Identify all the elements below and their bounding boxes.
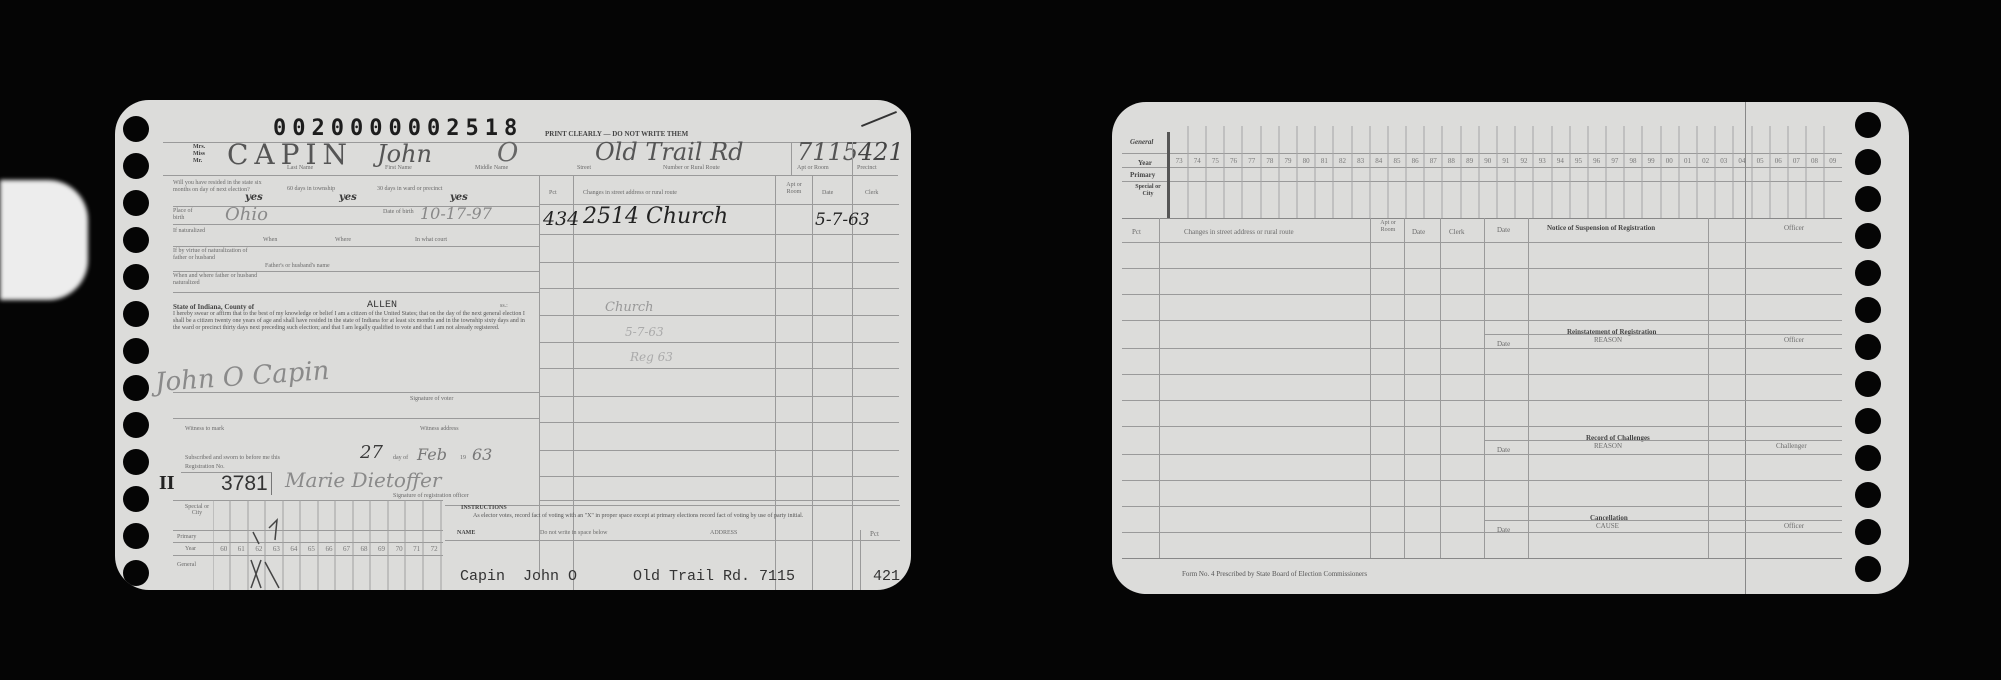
rule — [860, 530, 861, 590]
punch-hole — [123, 560, 149, 586]
punch-hole — [1855, 149, 1881, 175]
rule — [1122, 480, 1842, 481]
typed-address: Old Trail Rd. 7115 — [633, 568, 795, 585]
rule — [1708, 218, 1709, 558]
back-grid-label-general: General — [1130, 138, 1153, 146]
changes-header-address: Changes in street address or rural route — [583, 190, 677, 196]
rule — [539, 450, 899, 451]
faint-note: Reg 63 — [630, 350, 673, 364]
rule — [775, 176, 776, 590]
rule — [1122, 400, 1842, 401]
street-label: Street — [577, 165, 591, 171]
year-value: 63 — [472, 445, 492, 464]
punch-hole — [1855, 297, 1881, 323]
rule — [1122, 268, 1842, 269]
faint-note: Church — [605, 300, 654, 315]
subscribed-label: Subscribed and sworn to before me this — [185, 455, 280, 461]
pct-label: Pct — [870, 530, 879, 538]
rule — [1440, 218, 1441, 558]
change-row-pct: 434 — [543, 208, 579, 230]
punch-hole — [123, 264, 149, 290]
title-label-mrs: Mrs. — [193, 144, 205, 150]
faint-note: 5-7-63 — [625, 325, 664, 339]
scan-glare — [0, 180, 88, 300]
rule — [1122, 348, 1842, 349]
rule — [1159, 218, 1160, 558]
middle-name: O — [497, 138, 518, 168]
father-when-label: When and where father or husband natural… — [173, 273, 263, 287]
rule — [1122, 374, 1842, 375]
first-name-label: First Name — [385, 165, 412, 171]
rule — [791, 142, 792, 176]
year-prefix: 19 — [460, 455, 466, 461]
change-row-address: 2514 Church — [583, 204, 728, 229]
oath-county: ALLEN — [367, 300, 397, 311]
punch-hole — [1855, 223, 1881, 249]
change-row-date: 5-7-63 — [815, 210, 870, 230]
punch-hole — [1855, 260, 1881, 286]
punch-hole — [1855, 371, 1881, 397]
form-footer: Form No. 4 Prescribed by State Board of … — [1182, 570, 1367, 578]
punch-holes-right — [1855, 102, 1895, 594]
rule — [539, 288, 899, 289]
punch-hole — [1855, 334, 1881, 360]
street: Old Trail Rd — [595, 138, 744, 166]
day-value: 27 — [360, 442, 383, 463]
rule — [852, 176, 853, 590]
oath-state-line: State of Indiana, County of — [173, 303, 254, 311]
registration-label: Registration No. — [185, 464, 225, 470]
signature-label: Signature of voter — [410, 396, 453, 402]
rule — [1122, 320, 1842, 321]
rule — [1122, 506, 1842, 507]
rule — [539, 315, 899, 316]
back-header-date: Date — [1412, 228, 1425, 236]
rule — [539, 500, 899, 501]
punch-hole — [1855, 186, 1881, 212]
check-mark — [861, 111, 897, 127]
changes-header-apt: Apt or Room — [779, 182, 809, 196]
punch-hole — [1855, 519, 1881, 545]
changes-header-clerk: Clerk — [865, 190, 878, 196]
punch-hole — [1855, 482, 1881, 508]
punch-hole — [123, 227, 149, 253]
punch-hole — [1855, 556, 1881, 582]
naturalized-label: If naturalized — [173, 228, 205, 234]
father-name-label: Father's or husband's name — [265, 263, 330, 269]
rule — [1370, 218, 1371, 558]
where-label: Where — [335, 237, 351, 243]
first-name: John — [377, 140, 432, 168]
typed-pct: 421 — [873, 568, 900, 585]
rule — [812, 176, 813, 590]
rule — [163, 175, 898, 176]
suspension-date-label: Date — [1497, 226, 1510, 234]
rule — [173, 246, 539, 247]
rule — [539, 342, 899, 343]
address-label: ADDRESS — [710, 530, 737, 536]
punch-hole — [123, 375, 149, 401]
changes-header-date: Date — [822, 190, 833, 196]
instructions-title: INSTRUCTIONS — [461, 505, 507, 511]
instructions-text: As elector votes, record fact of voting … — [473, 513, 868, 520]
back-header-clerk: Clerk — [1449, 228, 1465, 236]
typed-name: Capin John O — [460, 568, 577, 585]
rule — [173, 418, 539, 419]
punch-hole — [123, 412, 149, 438]
officer-label: Signature of registration officer — [393, 493, 469, 499]
place-of-birth-value: Ohio — [225, 204, 268, 225]
do-not-write-label: Do not write in space below — [540, 530, 607, 536]
header-notice: PRINT CLEARLY — DO NOT WRITE THEM — [545, 130, 688, 138]
precinct: 421 — [858, 138, 904, 166]
back-header-pct: Pct — [1132, 228, 1141, 236]
rule — [852, 142, 853, 176]
punch-hole — [1855, 445, 1881, 471]
rule — [1122, 532, 1842, 533]
challenges-reason-label: REASON — [1594, 442, 1622, 450]
rule — [1122, 294, 1842, 295]
punch-hole — [123, 301, 149, 327]
registration-card-front: 0020000002518 PRINT CLEARLY — DO NOT WRI… — [115, 100, 911, 590]
title-label-miss: Miss — [193, 151, 205, 157]
punch-hole — [123, 190, 149, 216]
challenges-date-label: Date — [1497, 446, 1510, 454]
apt-number: 7115 — [797, 138, 858, 166]
reinstatement-reason-label: REASON — [1594, 336, 1622, 344]
rule — [539, 396, 899, 397]
court-label: In what court — [415, 237, 447, 243]
rule — [1122, 426, 1842, 427]
father-label: If by virtue of naturalization of father… — [173, 248, 253, 262]
ward-label: 30 days in ward or precinct — [377, 186, 457, 193]
rule — [539, 422, 899, 423]
reinstatement-officer-label: Officer — [1784, 336, 1804, 344]
suspension-title: Notice of Suspension of Registration — [1547, 224, 1655, 232]
rule — [1122, 242, 1842, 243]
place-of-birth-label: Place of birth — [173, 208, 203, 222]
side-mark: II — [159, 472, 175, 495]
rule — [173, 292, 539, 293]
changes-header-pct: Pct — [549, 190, 557, 196]
suspension-officer-label: Officer — [1784, 224, 1804, 232]
grid-label-special: Special or City — [181, 504, 213, 516]
back-grid-label-special: Special or City — [1130, 184, 1166, 198]
rule — [173, 224, 539, 225]
number-label: Number or Rural Route — [663, 165, 720, 171]
title-label-mr: Mr. — [193, 158, 202, 164]
punch-hole — [123, 523, 149, 549]
rule — [1484, 334, 1842, 335]
rule — [539, 476, 899, 477]
rule — [573, 176, 574, 590]
resided-value: yes — [245, 192, 263, 203]
rule — [1484, 520, 1842, 521]
oath-ss: ss.: — [500, 303, 508, 309]
day-label: day of — [393, 455, 408, 461]
challenges-challenger-label: Challenger — [1776, 442, 1807, 450]
rule — [1122, 218, 1842, 219]
rule — [1484, 218, 1485, 558]
rule — [173, 271, 539, 272]
back-grid-label-primary: Primary — [1130, 171, 1155, 179]
punch-hole — [123, 153, 149, 179]
dob-label: Date of birth — [383, 209, 415, 216]
back-grid-label-year: Year — [1138, 159, 1152, 167]
precinct-label: Precinct — [857, 165, 877, 171]
officer-signature: Marie Dietoffer — [285, 468, 441, 492]
dob-value: 10-17-97 — [420, 204, 492, 223]
grid-label-year: Year — [185, 546, 196, 552]
registration-number: 3781 — [221, 472, 268, 496]
rule — [1404, 218, 1405, 558]
rule — [1122, 558, 1842, 559]
ward-value: yes — [450, 192, 468, 203]
oath-text: I hereby swear or affirm that to the bes… — [173, 311, 528, 333]
punch-hole — [1855, 112, 1881, 138]
punch-holes-left — [123, 100, 163, 590]
witness-label: Witness to mark — [185, 426, 224, 432]
cancellation-officer-label: Officer — [1784, 522, 1804, 530]
rule — [539, 368, 899, 369]
rule — [1122, 454, 1842, 455]
punch-hole — [123, 116, 149, 142]
last-name-label: Last Name — [287, 165, 313, 171]
grid-label-primary: Primary — [177, 534, 196, 540]
cancellation-cause-label: CAUSE — [1596, 522, 1619, 530]
township-value: yes — [339, 192, 357, 203]
rule — [539, 234, 899, 235]
rule — [445, 505, 900, 506]
rule — [539, 262, 899, 263]
rule — [173, 392, 539, 393]
rule — [445, 540, 900, 541]
back-header-apt: Apt or Room — [1374, 220, 1402, 234]
when-label: When — [263, 237, 277, 243]
back-header-address: Changes in street address or rural route — [1184, 228, 1294, 236]
registration-card-back: General Year Primary Special or City 73 … — [1112, 102, 1909, 594]
punch-hole — [123, 449, 149, 475]
punch-hole — [123, 486, 149, 512]
apt-label: Apt or Room — [797, 165, 829, 171]
township-label: 60 days in township — [287, 186, 347, 193]
front-grid-lines — [213, 500, 445, 590]
rule — [1528, 218, 1529, 558]
instructions-name-label: NAME — [457, 530, 475, 536]
reinstatement-date-label: Date — [1497, 340, 1510, 348]
rule — [1484, 440, 1842, 441]
grid-label-general: General — [177, 562, 196, 568]
punch-hole — [1855, 408, 1881, 434]
witness-address-label: Witness address — [420, 426, 459, 432]
punch-hole — [123, 338, 149, 364]
month-value: Feb — [417, 445, 447, 464]
back-grid-lines — [1170, 126, 1842, 218]
middle-name-label: Middle Name — [475, 165, 508, 171]
